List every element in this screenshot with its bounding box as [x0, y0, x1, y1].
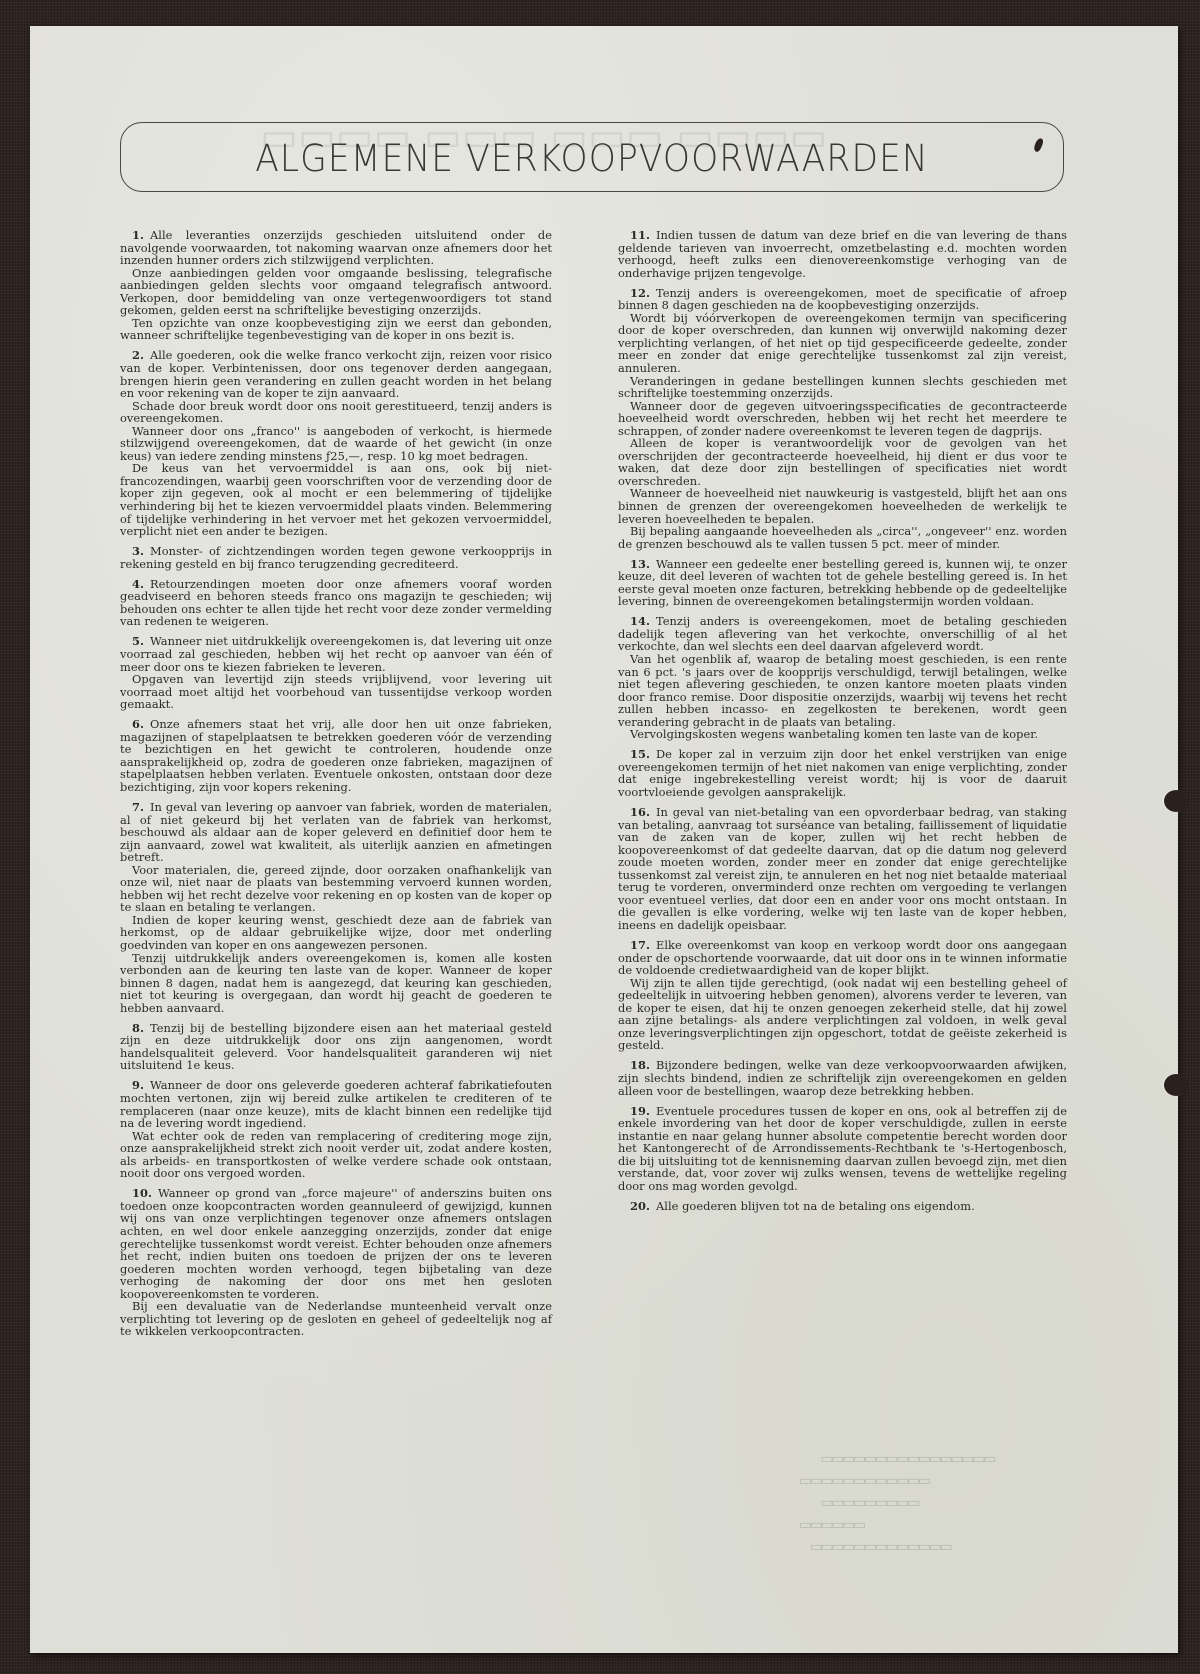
clause: 3.Monster- of zichtzendingen worden tege…: [120, 545, 552, 570]
clause-paragraph: Tenzij uitdrukkelijk anders overeengekom…: [120, 952, 552, 1015]
clause: 19.Eventuele procedures tussen de koper …: [618, 1105, 1067, 1193]
clause: 18.Bijzondere bedingen, welke van deze v…: [618, 1059, 1067, 1097]
clause-text: Wanneer de door ons geleverde goederen a…: [120, 1078, 552, 1130]
clause-first-paragraph: 6.Onze afnemers staat het vrij, alle doo…: [120, 718, 552, 793]
document-title: ALGEMENE VERKOOPVOORWAARDEN: [154, 137, 1030, 180]
clause: 10.Wanneer op grond van „force majeure''…: [120, 1187, 552, 1338]
clause-text: De keus van het vervoermiddel is aan ons…: [120, 461, 552, 538]
clause-text: Ten opzichte van onze koopbevestiging zi…: [120, 316, 552, 343]
clause-first-paragraph: 15.De koper zal in verzuim zijn door het…: [618, 748, 1067, 798]
clause-text: Wanneer de hoeveelheid niet nauwkeurig i…: [618, 486, 1067, 525]
clause-text: Vervolgingskosten wegens wanbetaling kom…: [630, 727, 1038, 741]
clause-text: Onze aanbiedingen gelden voor omgaande b…: [120, 266, 552, 318]
clause-first-paragraph: 20.Alle goederen blijven tot na de betal…: [618, 1200, 1067, 1213]
clause-paragraph: Wij zijn te allen tijde gerechtigd, (ook…: [618, 977, 1067, 1052]
clause-text: Alleen de koper is verantwoordelijk voor…: [618, 436, 1067, 488]
clause-paragraph: Schade door breuk wordt door ons nooit g…: [120, 400, 552, 425]
clause-text: Indien de koper keuring wenst, geschiedt…: [120, 913, 552, 952]
clause-text: Wat echter ook de reden van remplacering…: [120, 1129, 552, 1181]
clause-first-paragraph: 5.Wanneer niet uitdrukkelijk overeengeko…: [120, 635, 552, 673]
clause-text: Elke overeenkomst van koop en verkoop wo…: [618, 938, 1067, 977]
clause-paragraph: De keus van het vervoermiddel is aan ons…: [120, 462, 552, 537]
clause-first-paragraph: 14.Tenzij anders is overeengekomen, moet…: [618, 615, 1067, 653]
left-column: 1.Alle leveranties onzerzijds geschieden…: [120, 229, 552, 1345]
clause-paragraph: Voor materialen, die, gereed zijnde, doo…: [120, 864, 552, 914]
clause-paragraph: Alleen de koper is verantwoordelijk voor…: [618, 437, 1067, 487]
clause-paragraph: Wanneer door ons „franco'' is aangeboden…: [120, 425, 552, 463]
clause-text: Wanneer een gedeelte ener bestelling ger…: [618, 557, 1067, 609]
clause-text: Bij een devaluatie van de Nederlandse mu…: [120, 1299, 552, 1338]
clause-text: Monster- of zichtzendingen worden tegen …: [120, 544, 552, 571]
clause-text: Voor materialen, die, gereed zijnde, doo…: [120, 863, 552, 915]
title-box: ALGEMENE VERKOOPVOORWAARDEN: [120, 122, 1064, 192]
clause-paragraph: Indien de koper keuring wenst, geschiedt…: [120, 914, 552, 952]
clause-text: Tenzij bij de bestelling bijzondere eise…: [120, 1021, 552, 1073]
clause-first-paragraph: 2.Alle goederen, ook die welke franco ve…: [120, 349, 552, 399]
clause-text: Eventuele procedures tussen de koper en …: [618, 1104, 1067, 1193]
clause-text: Wanneer door de gegeven uitvoeringsspeci…: [618, 399, 1067, 438]
clause-paragraph: Wanneer door de gegeven uitvoeringsspeci…: [618, 400, 1067, 438]
clause: 20.Alle goederen blijven tot na de betal…: [618, 1200, 1067, 1213]
punch-hole: [1164, 790, 1188, 812]
clause-paragraph: Veranderingen in gedane bestellingen kun…: [618, 375, 1067, 400]
clause-text: Alle goederen blijven tot na de betaling…: [656, 1199, 975, 1213]
clause-text: Wanneer niet uitdrukkelijk overeengekome…: [120, 634, 552, 673]
clause-paragraph: Wordt bij vóórverkopen de overeengekomen…: [618, 312, 1067, 375]
clause-paragraph: Opgaven van levertijd zijn steeds vrijbl…: [120, 673, 552, 711]
clause-first-paragraph: 18.Bijzondere bedingen, welke van deze v…: [618, 1059, 1067, 1097]
clause: 6.Onze afnemers staat het vrij, alle doo…: [120, 718, 552, 793]
clause-first-paragraph: 12.Tenzij anders is overeengekomen, moet…: [618, 287, 1067, 312]
clause-paragraph: Wat echter ook de reden van remplacering…: [120, 1130, 552, 1180]
clause: 7.In geval van levering op aanvoer van f…: [120, 801, 552, 1014]
clause-paragraph: Vervolgingskosten wegens wanbetaling kom…: [618, 728, 1067, 741]
clause: 5.Wanneer niet uitdrukkelijk overeengeko…: [120, 635, 552, 710]
clause-text: Schade door breuk wordt door ons nooit g…: [120, 399, 552, 426]
clause: 11.Indien tussen de datum van deze brief…: [618, 229, 1067, 279]
bleed-through-typed-text: ▭▭▭▭▭▭▭▭▭▭▭▭▭▭▭▭ ▭▭▭▭▭▭▭▭▭▭▭▭ ▭▭▭▭▭▭▭▭▭ …: [800, 1448, 995, 1558]
clause-text: Veranderingen in gedane bestellingen kun…: [618, 374, 1067, 401]
clause-paragraph: Wanneer de hoeveelheid niet nauwkeurig i…: [618, 487, 1067, 525]
clause-text: Tenzij anders is overeengekomen, moet de…: [618, 614, 1067, 653]
clause-first-paragraph: 4.Retourzendingen moeten door onze afnem…: [120, 578, 552, 628]
clause-first-paragraph: 19.Eventuele procedures tussen de koper …: [618, 1105, 1067, 1193]
punch-hole: [1164, 1074, 1188, 1096]
clause-text: Indien tussen de datum van deze brief en…: [618, 228, 1067, 280]
clause-text: Bij bepaling aangaande hoeveelheden als …: [618, 524, 1067, 551]
clause: 4.Retourzendingen moeten door onze afnem…: [120, 578, 552, 628]
clause-paragraph: Bij bepaling aangaande hoeveelheden als …: [618, 525, 1067, 550]
clause-text: Tenzij anders is overeengekomen, moet de…: [618, 286, 1067, 313]
clause: 2.Alle goederen, ook die welke franco ve…: [120, 349, 552, 537]
clause: 15.De koper zal in verzuim zijn door het…: [618, 748, 1067, 798]
clause-first-paragraph: 8.Tenzij bij de bestelling bijzondere ei…: [120, 1022, 552, 1072]
clause-paragraph: Van het ogenblik af, waarop de betaling …: [618, 653, 1067, 728]
clause-first-paragraph: 9.Wanneer de door ons geleverde goederen…: [120, 1079, 552, 1129]
clause-paragraph: Ten opzichte van onze koopbevestiging zi…: [120, 317, 552, 342]
clause: 17.Elke overeenkomst van koop en verkoop…: [618, 939, 1067, 1052]
clause-first-paragraph: 17.Elke overeenkomst van koop en verkoop…: [618, 939, 1067, 977]
clause-first-paragraph: 16.In geval van niet-betaling van een op…: [618, 806, 1067, 931]
clause-first-paragraph: 13.Wanneer een gedeelte ener bestelling …: [618, 558, 1067, 608]
document-page: ▭▭▭▭ ▭▭▭ ▭▭▭ ▭▭▭▭ ▭▭▭▭▭▭▭▭▭▭▭▭▭▭▭▭ ▭▭▭▭▭…: [30, 26, 1178, 1653]
clause-text: Van het ogenblik af, waarop de betaling …: [618, 652, 1067, 729]
clause: 8.Tenzij bij de bestelling bijzondere ei…: [120, 1022, 552, 1072]
clause: 12.Tenzij anders is overeengekomen, moet…: [618, 287, 1067, 550]
clause-first-paragraph: 10.Wanneer op grond van „force majeure''…: [120, 1187, 552, 1300]
clause: 1.Alle leveranties onzerzijds geschieden…: [120, 229, 552, 342]
clause-first-paragraph: 11.Indien tussen de datum van deze brief…: [618, 229, 1067, 279]
clause-number: 20.: [630, 1199, 650, 1213]
clause-text: De koper zal in verzuim zijn door het en…: [618, 747, 1067, 799]
clause-first-paragraph: 3.Monster- of zichtzendingen worden tege…: [120, 545, 552, 570]
right-column: 11.Indien tussen de datum van deze brief…: [618, 229, 1067, 1220]
clause-text: In geval van niet-betaling van een opvor…: [618, 805, 1067, 932]
clause: 13.Wanneer een gedeelte ener bestelling …: [618, 558, 1067, 608]
clause-text: Alle leveranties onzerzijds geschieden u…: [120, 228, 552, 267]
clause: 16.In geval van niet-betaling van een op…: [618, 806, 1067, 931]
clause-text: Wordt bij vóórverkopen de overeengekomen…: [618, 311, 1067, 375]
clause-text: Wanneer door ons „franco'' is aangeboden…: [120, 424, 552, 463]
clause-text: Onze afnemers staat het vrij, alle door …: [120, 717, 552, 794]
clause: 14.Tenzij anders is overeengekomen, moet…: [618, 615, 1067, 740]
clause: 9.Wanneer de door ons geleverde goederen…: [120, 1079, 552, 1179]
clause-paragraph: Onze aanbiedingen gelden voor omgaande b…: [120, 267, 552, 317]
clause-text: Wij zijn te allen tijde gerechtigd, (ook…: [618, 976, 1067, 1053]
clause-paragraph: Bij een devaluatie van de Nederlandse mu…: [120, 1300, 552, 1338]
clause-text: Opgaven van levertijd zijn steeds vrijbl…: [120, 672, 552, 711]
clause-first-paragraph: 1.Alle leveranties onzerzijds geschieden…: [120, 229, 552, 267]
clause-text: Wanneer op grond van „force majeure'' of…: [120, 1186, 552, 1300]
clause-text: Tenzij uitdrukkelijk anders overeengekom…: [120, 951, 552, 1015]
clause-first-paragraph: 7.In geval van levering op aanvoer van f…: [120, 801, 552, 864]
clause-text: Retourzendingen moeten door onze afnemer…: [120, 577, 552, 629]
clause-text: Alle goederen, ook die welke franco verk…: [120, 348, 552, 400]
clause-text: Bijzondere bedingen, welke van deze verk…: [618, 1058, 1067, 1097]
clause-text: In geval van levering op aanvoer van fab…: [120, 800, 552, 864]
